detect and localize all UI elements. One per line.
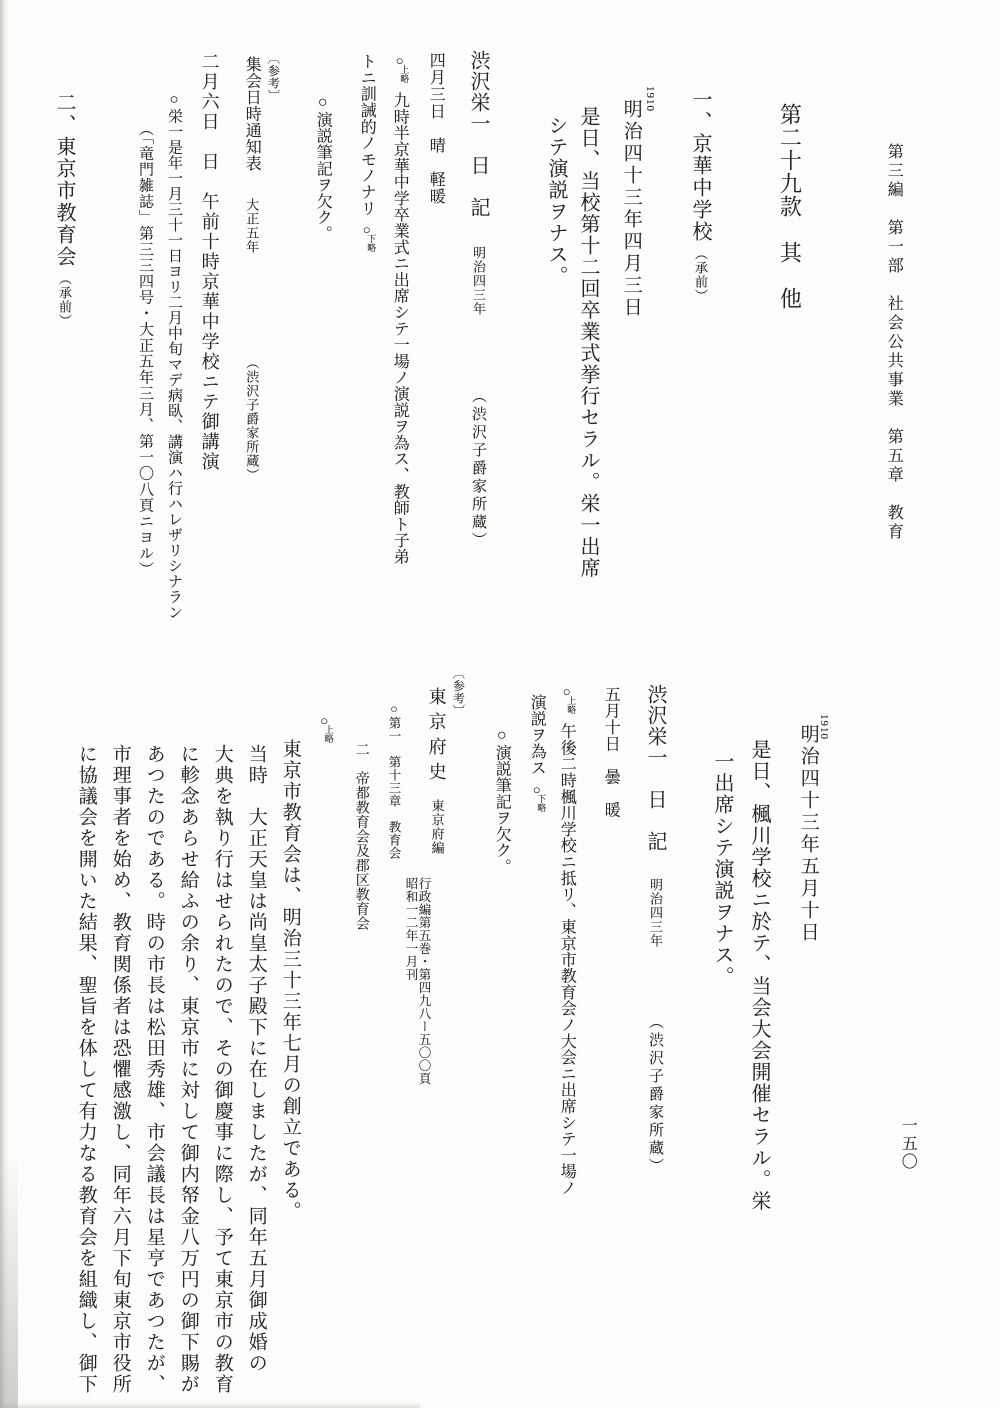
reference-doc-owner: （渋沢子爵家所蔵） <box>244 356 259 482</box>
omission-label: 下略 <box>365 234 376 252</box>
reference-subheading: 二 帝都教育会及郡区教育会 <box>352 742 369 931</box>
summary-line-1-keika: 是日、当校第十二回卒業式挙行セラル。栄一出席 <box>576 106 600 579</box>
reference-doc-tokyo: 東京府史東京府編 <box>425 687 447 855</box>
summary-line-1-tokyo: 是日、楓川学校ニ於テ、当会大会開催セラル。栄 <box>747 739 771 1212</box>
paragraph-line: に協議会を開いた結果、聖旨を体して有力なる教育会を組織し、御下 <box>74 744 97 1395</box>
summary-line-2-tokyo: 一出席シテ演説ヲナス。 <box>710 751 734 988</box>
reference-chapter-line: ○第一 第十三章 教育会 <box>386 702 401 860</box>
omission-label: 上略 <box>323 725 334 743</box>
omission-marker-upper: ○上略 <box>558 684 575 717</box>
diary-source-tokyo: 渋沢栄一 日 記明治四三年（渋沢子爵家所蔵） <box>643 684 667 1176</box>
date-heading-tokyo: 明治四十三年五月十日 <box>796 724 819 944</box>
reference-label-keika: 〔参考〕 <box>266 52 280 102</box>
document-page: 第三編 第一部 社会公共事業 第五章 教育 一五〇 第二十九款 其 他 一、京華… <box>0 0 1000 1408</box>
running-header: 第三編 第一部 社会公共事業 第五章 教育 <box>884 143 903 542</box>
diary-source-title: 渋沢栄一 日 記 <box>467 50 489 218</box>
diary-line-2-keika: トニ訓誡的ノモノナリ○下略 <box>357 53 376 255</box>
western-year-keika: 1910 <box>643 86 656 112</box>
paragraph-line: 市理事者を始め、教育関係者は恐懼感激し、同年六月下旬東京市役所 <box>108 744 131 1395</box>
subsection-heading-tokyo: 二、東京市教育会（承前） <box>52 92 76 328</box>
reference-doc-publication: 昭和一二年一月刊 <box>403 877 418 981</box>
reference-doc-keika: 集会日時通知表大正五年（渋沢子爵家所蔵） <box>242 56 261 482</box>
omission-marker-lower: ○下略 <box>358 222 375 255</box>
diary-source-owner: （渋沢子爵家所蔵） <box>470 388 486 550</box>
reference-note-line: ○栄一是年一月三十一日ヨリ二月中旬マデ病臥、講演ハ行ハレザリシナラン <box>165 92 183 620</box>
diary-line-1-text: 午後二時楓川学校ニ抵リ、東京市教育会ノ大会ニ出席シテ一場ノ <box>558 723 575 1196</box>
diary-line-1-tokyo: ○上略午後二時楓川学校ニ抵リ、東京市教育会ノ大会ニ出席シテ一場ノ <box>557 684 576 1196</box>
reference-doc-title: 東京府史 <box>427 687 447 787</box>
reference-label-tokyo: 〔参考〕 <box>451 667 465 717</box>
diary-line-1-keika: ○上略九時半京華中学卒業式ニ出席シテ一場ノ演説ヲ為ス、教師ト子弟 <box>390 53 409 565</box>
scan-bottom-edge <box>0 1402 420 1408</box>
page-number: 一五〇 <box>898 1117 917 1171</box>
paragraph-line: あつたのである。時の市長は松田秀雄、市会議長は星亨であつたが、 <box>142 744 165 1395</box>
paragraph-line: に軫念あらせ給ふの余り、東京市に対して御内帑金八万円の御下賜が <box>176 744 199 1395</box>
diary-source-title: 渋沢栄一 日 記 <box>644 684 666 852</box>
reference-doc-title: 集会日時通知表 <box>243 56 260 172</box>
diary-line-1-text: 九時半京華中学卒業式ニ出席シテ一場ノ演説ヲ為ス、教師ト子弟 <box>391 92 408 565</box>
reference-doc-pages: 行政編第五巻・第四九八ー五〇〇頁 <box>416 877 431 1085</box>
reference-citation-line: （「竜門雑誌」第三三四号・大正五年三月、第一〇八頁ニヨル） <box>136 121 154 578</box>
subsection-heading-keika: 一、京華中学校（承前） <box>688 89 712 303</box>
paragraph-line: 当時 大正天皇は尚皇太子殿下に在しましたが、同年五月御成婚の <box>244 744 267 1374</box>
section-heading: 第二十九款 其 他 <box>776 103 802 310</box>
paragraph-line: 大典を執り行はせられたので、その御慶事に際し、予て東京市の教育 <box>210 744 233 1395</box>
date-heading-keika: 明治四十三年四月三日 <box>619 99 642 319</box>
omission-marker-upper: ○上略 <box>391 53 408 86</box>
subsection-heading-text: 二、東京市教育会 <box>53 92 75 268</box>
diary-source-owner: （渋沢子爵家所蔵） <box>647 1014 663 1176</box>
reference-event-line: 二月六日 日 午前十時京華中学校ニテ御講演 <box>198 52 220 472</box>
scan-corner-shadow <box>0 1148 18 1408</box>
subsection-heading-text: 一、京華中学校 <box>689 89 711 243</box>
omission-label: 上略 <box>398 65 409 83</box>
diary-line-2-text: トニ訓誡的ノモノナリ <box>358 53 375 216</box>
summary-line-2-keika: シテ演説ヲナス。 <box>544 115 568 287</box>
diary-source-year: 明治四三年 <box>471 246 486 316</box>
diary-line-2-text: 演説ヲ為ス <box>528 694 545 776</box>
diary-source-keika: 渋沢栄一 日 記明治四三年（渋沢子爵家所蔵） <box>466 50 490 550</box>
omission-marker-lower: ○下略 <box>528 782 545 815</box>
speech-note-tokyo: ○演説筆記ヲ欠ク。 <box>492 727 511 875</box>
reference-doc-editor: 東京府編 <box>430 799 445 855</box>
diary-source-year: 明治四三年 <box>648 878 663 948</box>
speech-note-keika: ○演説筆記ヲ欠ク。 <box>313 94 332 242</box>
subsection-heading-note: （承前） <box>57 272 72 328</box>
diary-date-tokyo: 五月十日 曇 暖 <box>601 686 620 818</box>
omission-marker-upper-standalone: ○上略 <box>315 713 332 746</box>
reference-doc-year: 大正五年 <box>244 198 259 254</box>
diary-date-keika: 四月三日 晴 軽暖 <box>426 52 445 205</box>
subsection-heading-note: （承前） <box>693 247 708 303</box>
paragraph-line: 東京市教育会は、明治三十三年七月の創立である。 <box>278 739 301 1222</box>
omission-label: 上略 <box>565 696 576 714</box>
diary-line-2-tokyo: 演説ヲ為ス○下略 <box>527 694 546 815</box>
omission-label: 下略 <box>535 794 546 812</box>
